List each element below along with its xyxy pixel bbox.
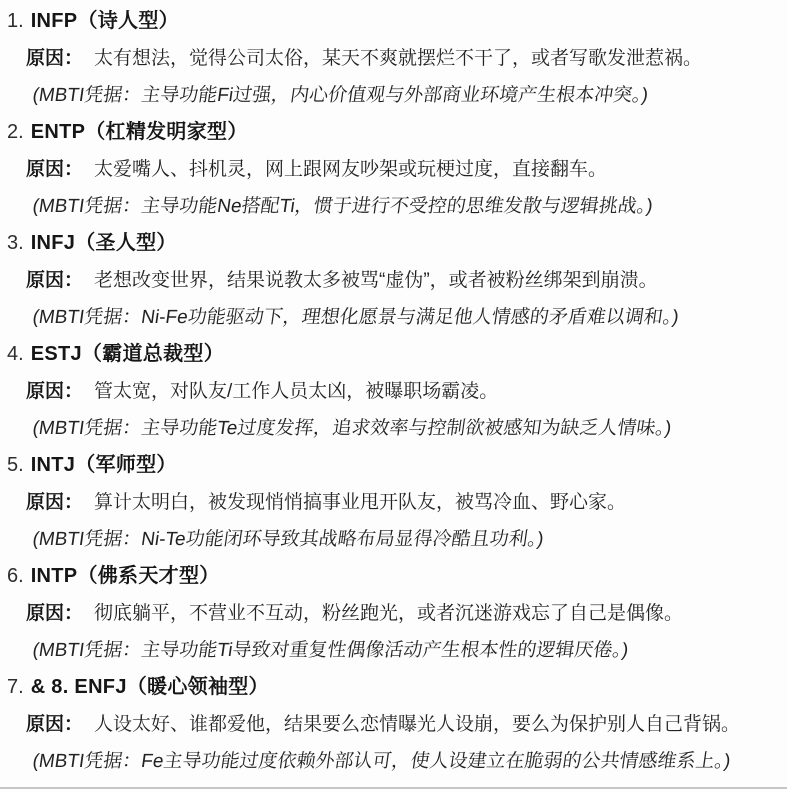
item-heading: 6.INTP（佛系天才型） bbox=[0, 558, 787, 595]
reason-text: 彻底躺平，不营业不互动，粉丝跑光，或者沉迷游戏忘了自己是偶像。 bbox=[94, 603, 683, 624]
list-item: 4.ESTJ（霸道总裁型） 原因：管太宽，对队友/工作人员太凶，被曝职场霸凌。 … bbox=[0, 336, 787, 447]
evidence-text: (MBTI凭据：主导功能Fi过强，内心价值观与外部商业环境产生根本冲突。) bbox=[30, 77, 651, 114]
reason-line: 原因：太有想法，觉得公司太俗，某天不爽就摆烂不干了，或者写歌发泄惹祸。 bbox=[0, 40, 787, 77]
evidence-text: (MBTI凭据：主导功能Te过度发挥，追求效率与控制欲被感知为缺乏人情味。) bbox=[30, 410, 674, 447]
reason-label: 原因： bbox=[26, 492, 83, 513]
list-item: 6.INTP（佛系天才型） 原因：彻底躺平，不营业不互动，粉丝跑光，或者沉迷游戏… bbox=[0, 558, 787, 669]
evidence-line: (MBTI凭据：主导功能Ti导致对重复性偶像活动产生根本性的逻辑厌倦。) bbox=[0, 632, 787, 669]
item-heading: 4.ESTJ（霸道总裁型） bbox=[0, 336, 787, 373]
reason-label: 原因： bbox=[26, 603, 83, 624]
item-title: INFJ（圣人型） bbox=[31, 232, 177, 254]
evidence-text: (MBTI凭据：Fe主导功能过度依赖外部认可，使人设建立在脆弱的公共情感维系上。… bbox=[30, 743, 733, 780]
list-item: 1.INFP（诗人型） 原因：太有想法，觉得公司太俗，某天不爽就摆烂不干了，或者… bbox=[0, 3, 787, 114]
reason-label: 原因： bbox=[26, 48, 83, 69]
list-item: 7.& 8. ENFJ（暖心领袖型） 原因：人设太好、谁都爱他，结果要么恋情曝光… bbox=[0, 669, 787, 780]
item-heading: 3.INFJ（圣人型） bbox=[0, 225, 787, 262]
reason-label: 原因： bbox=[26, 381, 83, 402]
evidence-text: (MBTI凭据：Ni-Fe功能驱动下，理想化愿景与满足他人情感的矛盾难以调和。) bbox=[30, 299, 681, 336]
item-number: 7. bbox=[7, 676, 24, 698]
item-title: ESTJ（霸道总裁型） bbox=[31, 343, 224, 365]
reason-label: 原因： bbox=[26, 270, 83, 291]
evidence-line: (MBTI凭据：Fe主导功能过度依赖外部认可，使人设建立在脆弱的公共情感维系上。… bbox=[0, 743, 787, 780]
item-heading: 5.INTJ（军师型） bbox=[0, 447, 787, 484]
evidence-text: (MBTI凭据：主导功能Ne搭配Ti，惯于进行不受控的思维发散与逻辑挑战。) bbox=[30, 188, 655, 225]
reason-text: 老想改变世界，结果说教太多被骂“虚伪”，或者被粉丝绑架到崩溃。 bbox=[94, 270, 658, 291]
reason-line: 原因：太爱嘴人、抖机灵，网上跟网友吵架或玩梗过度，直接翻车。 bbox=[0, 151, 787, 188]
reason-line: 原因：彻底躺平，不营业不互动，粉丝跑光，或者沉迷游戏忘了自己是偶像。 bbox=[0, 595, 787, 632]
reason-line: 原因：人设太好、谁都爱他，结果要么恋情曝光人设崩，要么为保护别人自己背锅。 bbox=[0, 706, 787, 743]
reason-text: 管太宽，对队友/工作人员太凶，被曝职场霸凌。 bbox=[94, 381, 498, 402]
item-heading: 2.ENTP（杠精发明家型） bbox=[0, 114, 787, 151]
list-item: 3.INFJ（圣人型） 原因：老想改变世界，结果说教太多被骂“虚伪”，或者被粉丝… bbox=[0, 225, 787, 336]
evidence-text: (MBTI凭据：主导功能Ti导致对重复性偶像活动产生根本性的逻辑厌倦。) bbox=[30, 632, 631, 669]
reason-label: 原因： bbox=[26, 714, 83, 735]
list-item: 2.ENTP（杠精发明家型） 原因：太爱嘴人、抖机灵，网上跟网友吵架或玩梗过度，… bbox=[0, 114, 787, 225]
evidence-line: (MBTI凭据：Ni-Fe功能驱动下，理想化愿景与满足他人情感的矛盾难以调和。) bbox=[0, 299, 787, 336]
reason-text: 太有想法，觉得公司太俗，某天不爽就摆烂不干了，或者写歌发泄惹祸。 bbox=[94, 48, 702, 69]
item-title: ENTP（杠精发明家型） bbox=[31, 121, 248, 143]
reason-line: 原因：管太宽，对队友/工作人员太凶，被曝职场霸凌。 bbox=[0, 373, 787, 410]
reason-label: 原因： bbox=[26, 159, 83, 180]
evidence-line: (MBTI凭据：Ni-Te功能闭环导致其战略布局显得冷酷且功利。) bbox=[0, 521, 787, 558]
mbti-type-list: 1.INFP（诗人型） 原因：太有想法，觉得公司太俗，某天不爽就摆烂不干了，或者… bbox=[0, 0, 787, 780]
item-heading: 7.& 8. ENFJ（暖心领袖型） bbox=[0, 669, 787, 706]
item-number: 3. bbox=[7, 232, 24, 254]
item-number: 6. bbox=[7, 565, 24, 587]
evidence-line: (MBTI凭据：主导功能Te过度发挥，追求效率与控制欲被感知为缺乏人情味。) bbox=[0, 410, 787, 447]
item-number: 1. bbox=[7, 10, 24, 32]
reason-line: 原因：老想改变世界，结果说教太多被骂“虚伪”，或者被粉丝绑架到崩溃。 bbox=[0, 262, 787, 299]
item-title: INTJ（军师型） bbox=[31, 454, 177, 476]
item-number: 5. bbox=[7, 454, 24, 476]
item-number: 4. bbox=[7, 343, 24, 365]
reason-text: 算计太明白，被发现悄悄搞事业甩开队友，被骂冷血、野心家。 bbox=[94, 492, 626, 513]
item-number: 2. bbox=[7, 121, 24, 143]
bottom-divider bbox=[0, 787, 787, 789]
item-heading: 1.INFP（诗人型） bbox=[0, 3, 787, 40]
item-title: & 8. ENFJ（暖心领袖型） bbox=[31, 676, 269, 698]
evidence-line: (MBTI凭据：主导功能Ne搭配Ti，惯于进行不受控的思维发散与逻辑挑战。) bbox=[0, 188, 787, 225]
list-item: 5.INTJ（军师型） 原因：算计太明白，被发现悄悄搞事业甩开队友，被骂冷血、野… bbox=[0, 447, 787, 558]
reason-text: 太爱嘴人、抖机灵，网上跟网友吵架或玩梗过度，直接翻车。 bbox=[94, 159, 607, 180]
evidence-line: (MBTI凭据：主导功能Fi过强，内心价值观与外部商业环境产生根本冲突。) bbox=[0, 77, 787, 114]
item-title: INTP（佛系天才型） bbox=[31, 565, 220, 587]
reason-line: 原因：算计太明白，被发现悄悄搞事业甩开队友，被骂冷血、野心家。 bbox=[0, 484, 787, 521]
evidence-text: (MBTI凭据：Ni-Te功能闭环导致其战略布局显得冷酷且功利。) bbox=[30, 521, 546, 558]
reason-text: 人设太好、谁都爱他，结果要么恋情曝光人设崩，要么为保护别人自己背锅。 bbox=[94, 714, 740, 735]
item-title: INFP（诗人型） bbox=[31, 10, 179, 32]
